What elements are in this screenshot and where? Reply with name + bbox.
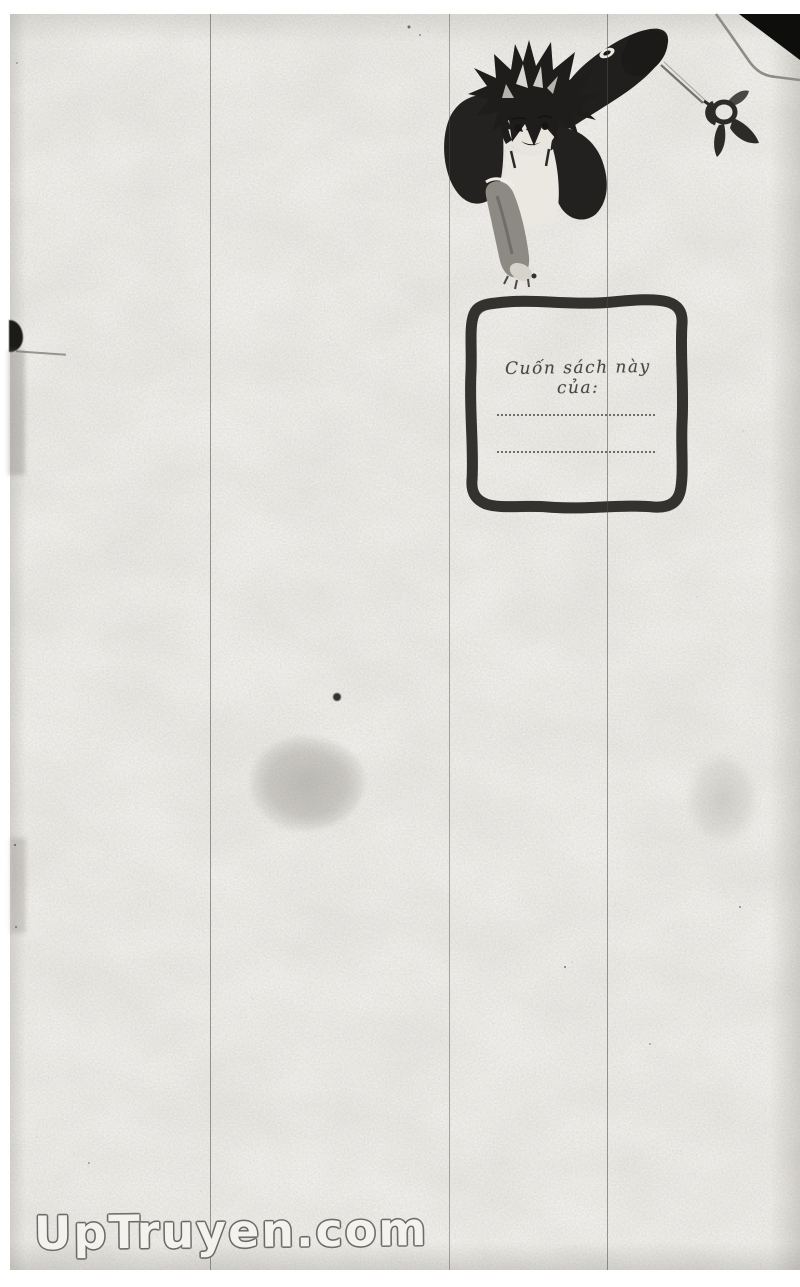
site-watermark: UpTruyen.com xyxy=(34,1202,429,1260)
write-in-line xyxy=(497,414,655,416)
write-in-line xyxy=(497,451,655,453)
bookplate-border xyxy=(471,300,685,510)
manga-character-illustration xyxy=(444,29,668,289)
manga-illustration xyxy=(0,0,800,1287)
corner-triangle-decoration xyxy=(739,14,800,60)
fold-line xyxy=(210,14,211,1270)
fold-line xyxy=(449,14,450,1270)
bookplate-label: Cuốn sách này của: xyxy=(494,357,663,399)
fold-line xyxy=(607,14,608,1270)
scanned-manga-page: Cuốn sách này của: UpTruyen.com xyxy=(0,0,800,1287)
key-sword xyxy=(661,62,759,157)
